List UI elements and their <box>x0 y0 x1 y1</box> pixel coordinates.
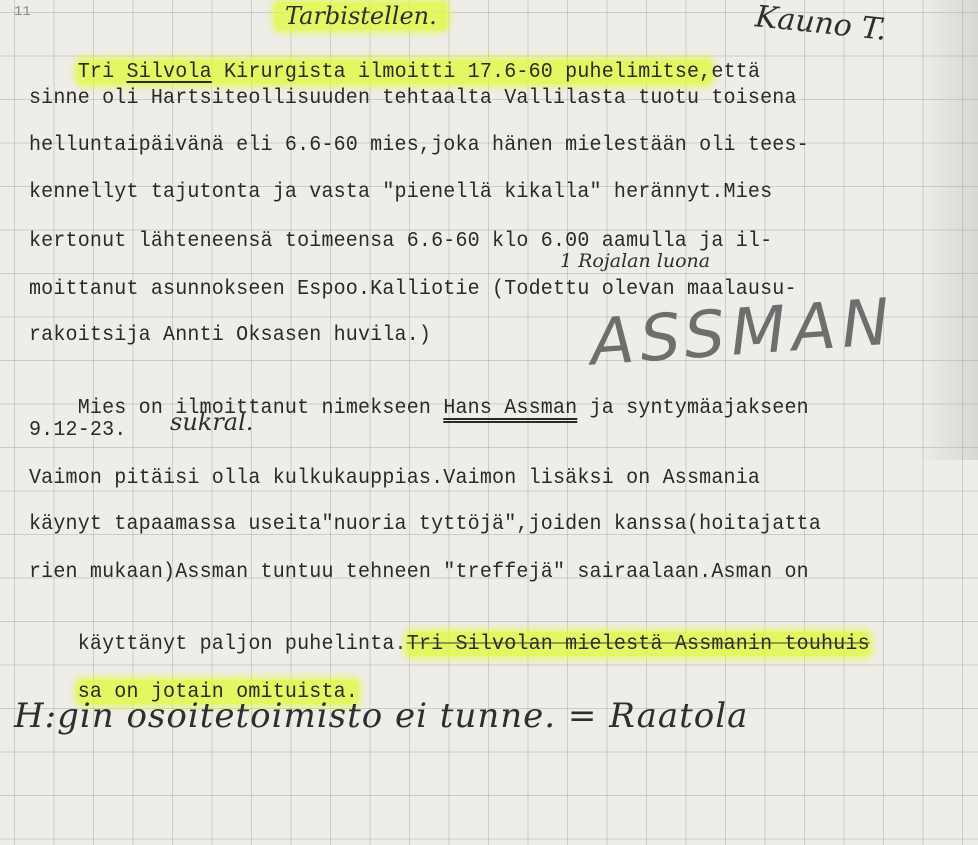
highlighted-text: Tri Silvola Kirurgista ilmoitti 17.6-60 … <box>78 60 712 84</box>
typed-line-4: kennellyt tajutonta ja vasta "pienellä k… <box>29 180 772 204</box>
typed-line-11: käynyt tapaamassa useita"nuoria tyttöjä"… <box>29 512 821 536</box>
typed-report-page: 11 Tarbistellen. Kauno T. Tri Silvola Ki… <box>0 0 978 845</box>
highlighted-text: Tri Silvolan mielestä Assmanin touhuis <box>407 632 870 656</box>
typed-line-3: helluntaipäivänä eli 6.6-60 mies,joka hä… <box>29 133 809 157</box>
typed-line-12: rien mukaan)Assman tuntuu tehneen "treff… <box>29 560 809 584</box>
typed-line-8: Mies on ilmoittanut nimekseen Hans Assma… <box>29 372 809 444</box>
typed-line-9: 9.12-23. <box>29 418 126 442</box>
typed-line-6: moittanut asunnokseen Espoo.Kalliotie (T… <box>29 277 797 301</box>
margin-mark: 11 <box>14 4 31 20</box>
underlined-name-silvola: Silvola <box>127 60 212 84</box>
handwritten-interlinear-note: 1 Rojalan luona <box>560 250 710 272</box>
handwritten-top-note: Tarbistellen. <box>275 2 447 30</box>
handwritten-signature-line: H:gin osoitetoimisto ei tunne. = Raatola <box>14 696 748 736</box>
handwritten-date-note: sukral. <box>170 408 253 436</box>
typed-line-7: rakoitsija Annti Oksasen huvila.) <box>29 323 431 347</box>
typed-line-10: Vaimon pitäisi olla kulkukauppias.Vaimon… <box>29 466 760 490</box>
handwritten-top-right-note: Kauno T. <box>754 0 889 48</box>
typed-line-2: sinne oli Hartsiteollisuuden tehtaalta V… <box>29 86 797 110</box>
underlined-name-hans-assman: Hans Assman <box>443 396 577 420</box>
